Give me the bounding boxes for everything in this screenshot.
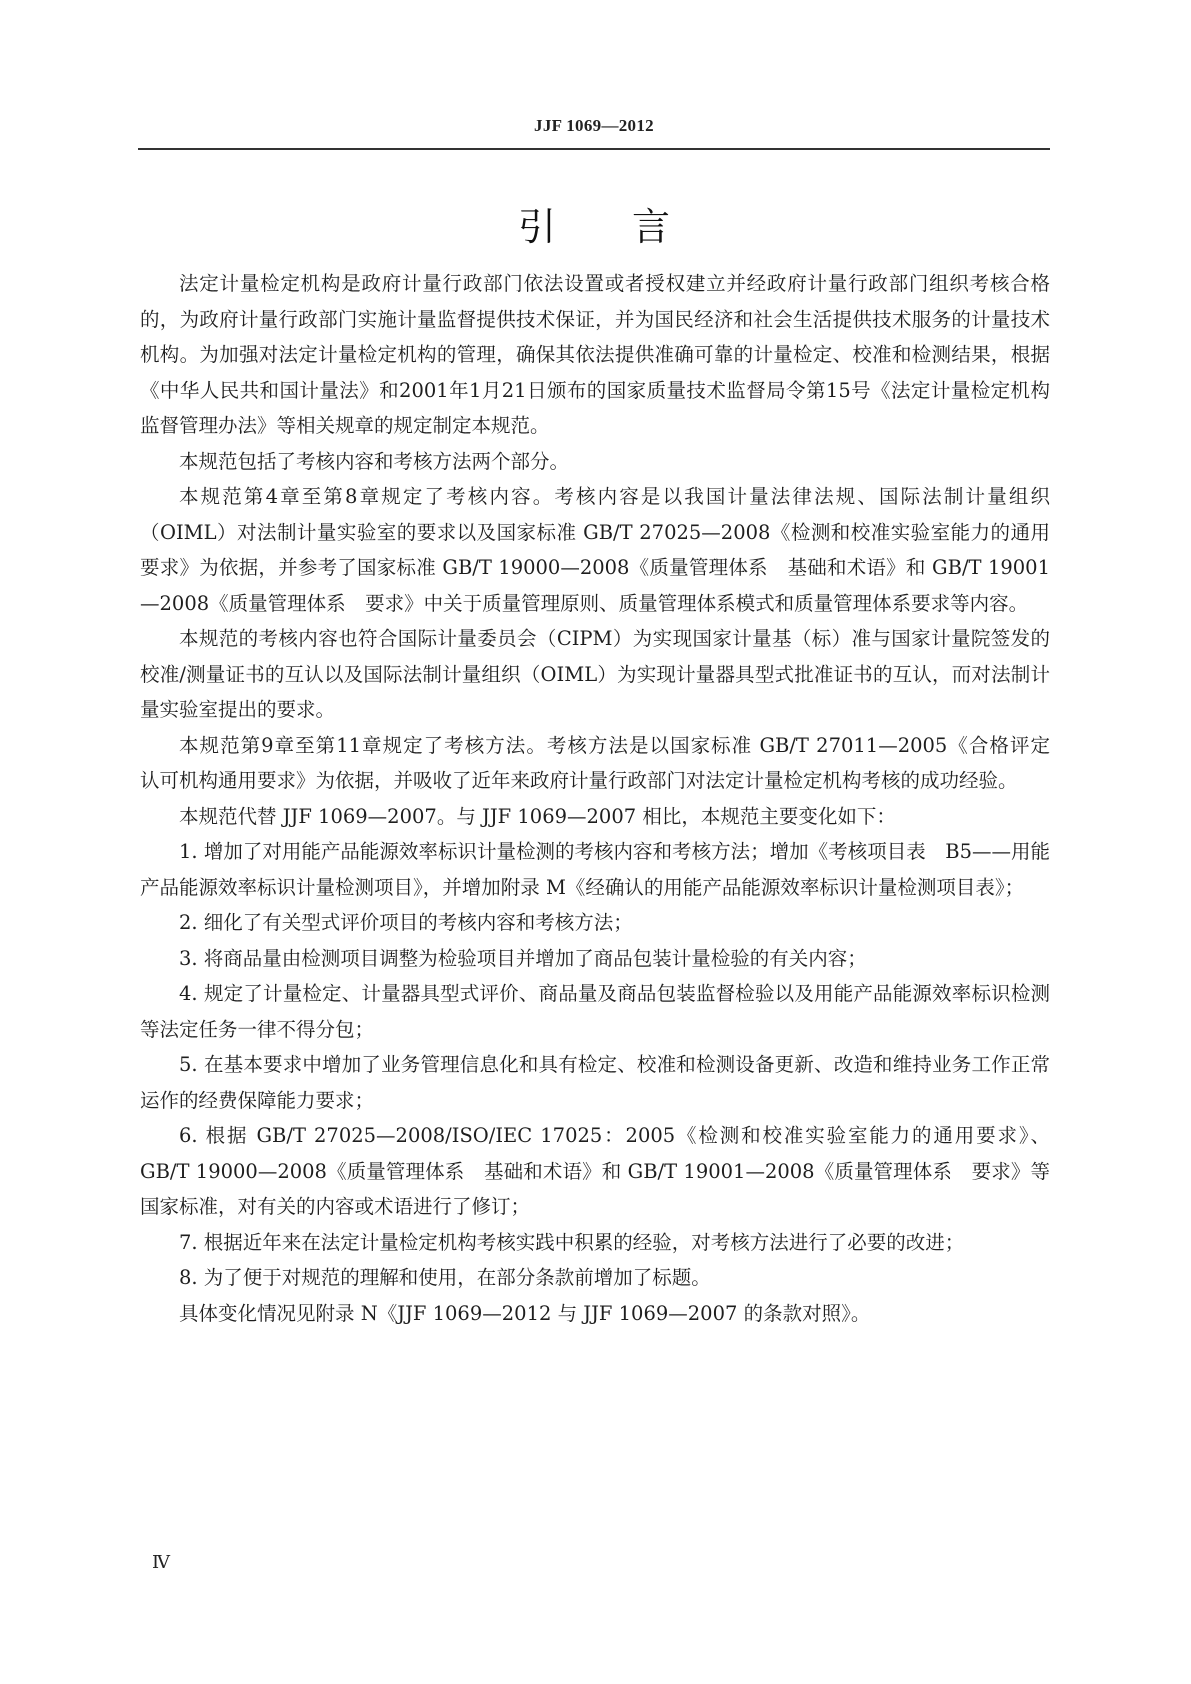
change-item-7: 7. 根据近年来在法定计量检定机构考核实践中积累的经验，对考核方法进行了必要的改… (140, 1225, 1050, 1261)
change-item-6: 6. 根据 GB/T 27025—2008/ISO/IEC 17025：2005… (140, 1118, 1050, 1225)
change-item-1: 1. 增加了对用能产品能源效率标识计量检测的考核内容和考核方法；增加《考核项目表… (140, 834, 1050, 905)
section-title: 引言 (138, 196, 1050, 251)
change-item-3: 3. 将商品量由检测项目调整为检验项目并增加了商品包装计量检验的有关内容； (140, 941, 1050, 977)
title-char-1: 引 (518, 205, 556, 249)
paragraph-appendix-reference: 具体变化情况见附录 N《JJF 1069—2012 与 JJF 1069—200… (140, 1296, 1050, 1332)
paragraph-assessment-content: 本规范第4章至第8章规定了考核内容。考核内容是以我国计量法律法规、国际法制计量组… (140, 479, 1050, 621)
paragraph-cipm-oiml: 本规范的考核内容也符合国际计量委员会（CIPM）为实现国家计量基（标）准与国家计… (140, 621, 1050, 728)
change-item-2: 2. 细化了有关型式评价项目的考核内容和考核方法； (140, 905, 1050, 941)
title-char-2: 言 (632, 205, 670, 249)
paragraph-purpose: 法定计量检定机构是政府计量行政部门依法设置或者授权建立并经政府计量行政部门组织考… (140, 266, 1050, 444)
document-code-header: JJF 1069—2012 (138, 116, 1050, 136)
paragraph-assessment-method: 本规范第9章至第11章规定了考核方法。考核方法是以国家标准 GB/T 27011… (140, 728, 1050, 799)
change-item-4: 4. 规定了计量检定、计量器具型式评价、商品量及商品包装监督检验以及用能产品能源… (140, 976, 1050, 1047)
paragraph-replaces: 本规范代替 JJF 1069—2007。与 JJF 1069—2007 相比，本… (140, 799, 1050, 835)
change-item-5: 5. 在基本要求中增加了业务管理信息化和具有检定、校准和检测设备更新、改造和维持… (140, 1047, 1050, 1118)
change-item-8: 8. 为了便于对规范的理解和使用，在部分条款前增加了标题。 (140, 1260, 1050, 1296)
header-divider (138, 148, 1050, 150)
paragraph-scope: 本规范包括了考核内容和考核方法两个部分。 (140, 444, 1050, 480)
introduction-body: 法定计量检定机构是政府计量行政部门依法设置或者授权建立并经政府计量行政部门组织考… (140, 266, 1050, 1331)
page-number: Ⅳ (152, 1552, 170, 1573)
